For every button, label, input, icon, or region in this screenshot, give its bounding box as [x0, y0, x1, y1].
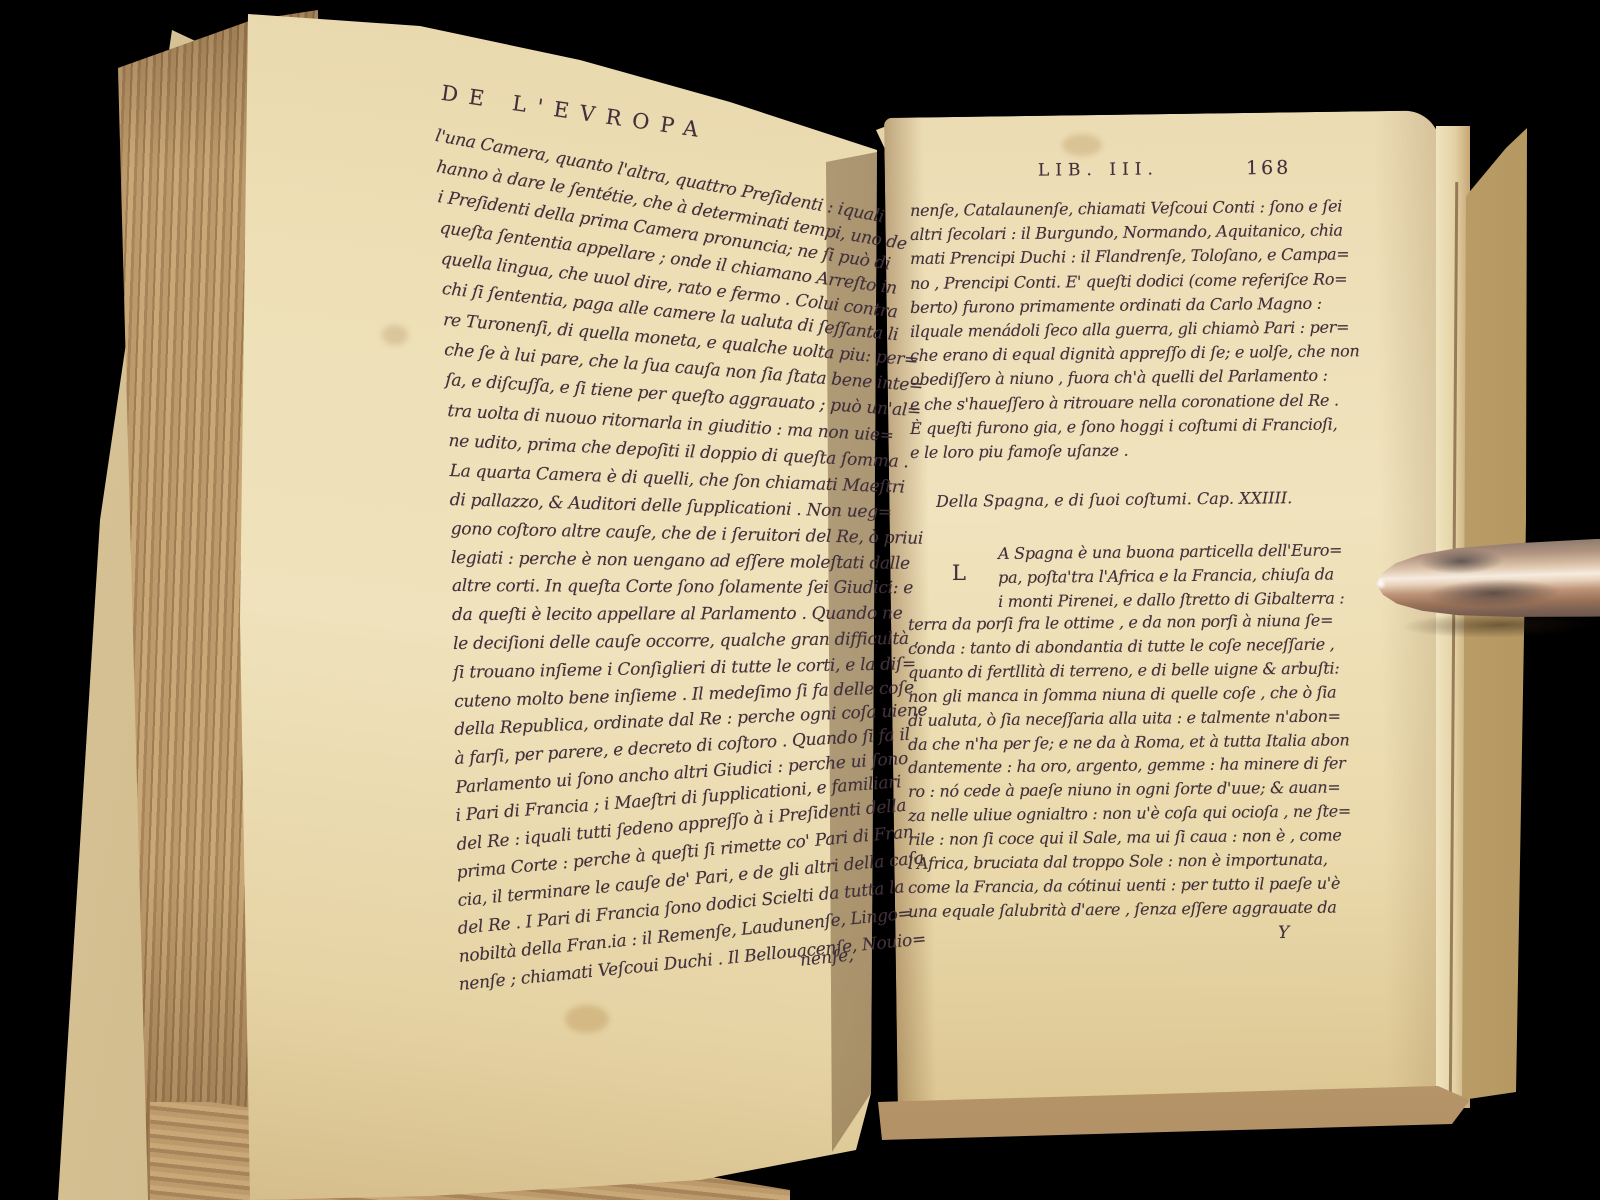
text-line: nenſe, Catalaunenſe, chiamati Veſcoui Co… [910, 198, 1342, 219]
text-line: non gli manca in ſomma niuna di quelle c… [908, 684, 1336, 704]
text-line: altre corti. In queſta Corte ſono ſolame… [452, 578, 913, 597]
stain [565, 1005, 609, 1033]
drop-cap: L [952, 561, 966, 585]
text-line: terra da porſi fra le ottime , e da non … [908, 613, 1333, 633]
text-line: È queſti furono gia, e ſono hoggi i coſt… [910, 416, 1337, 436]
book-photo: DE L'EVROPA l'una Camera, quanto l'altra… [0, 0, 1600, 1200]
right-page-header: LIB. III. [1038, 159, 1159, 180]
text-line: come la Francia, da cótinui uenti : per … [908, 875, 1340, 896]
text-line: A Spagna è una buona particella dell'Eur… [998, 542, 1342, 562]
text-line: pa, poſta'tra l'Africa e la Francia, chi… [998, 566, 1334, 586]
stain [1062, 134, 1102, 156]
text-line: conda : tanto di abondantia di tutte le … [908, 636, 1334, 656]
text-line: da che n'ha per ſe; e ne da à Roma, et à… [908, 732, 1350, 753]
signature-mark: Y [1278, 923, 1289, 943]
stain [382, 325, 408, 345]
chapter-heading: Della Spagna, e di ſuoi coſtumi. Cap. XX… [936, 488, 1292, 511]
text-line: quanto di fertllità di terreno, e di bel… [908, 660, 1339, 681]
text-line: e che s'haueſſero à ritrouare nella coro… [910, 392, 1339, 412]
text-line: e le loro piu famoſe uſanze . [910, 443, 1128, 461]
text-line: no , Prencipi Conti. E' queſti dodici (c… [910, 271, 1347, 292]
text-line: berto) furono primamente ordinati da Car… [910, 295, 1322, 315]
page-number: 168 [1246, 157, 1291, 179]
text-line: rile : non ſi coce qui il Sale, ma ui ſi… [908, 828, 1342, 849]
text-line: da queſti è lecito appellare al Parlamen… [452, 606, 902, 624]
text-line: i monti Pirenei, e dallo ſtretto di Giba… [998, 590, 1345, 610]
text-line: di ualuta, ò ſia neceſſaria alla uita : … [908, 708, 1341, 729]
text-line: una equale ſalubrità d'aere , ſenza eſſe… [908, 899, 1337, 919]
text-line: l'Africa, bruciata dal troppo Sole : non… [908, 852, 1328, 872]
text-line: altri ſecolari : il Burgundo, Normando, … [910, 223, 1343, 244]
text-line: ilquale menádoli ſeco alla guerra, gli c… [910, 319, 1349, 340]
